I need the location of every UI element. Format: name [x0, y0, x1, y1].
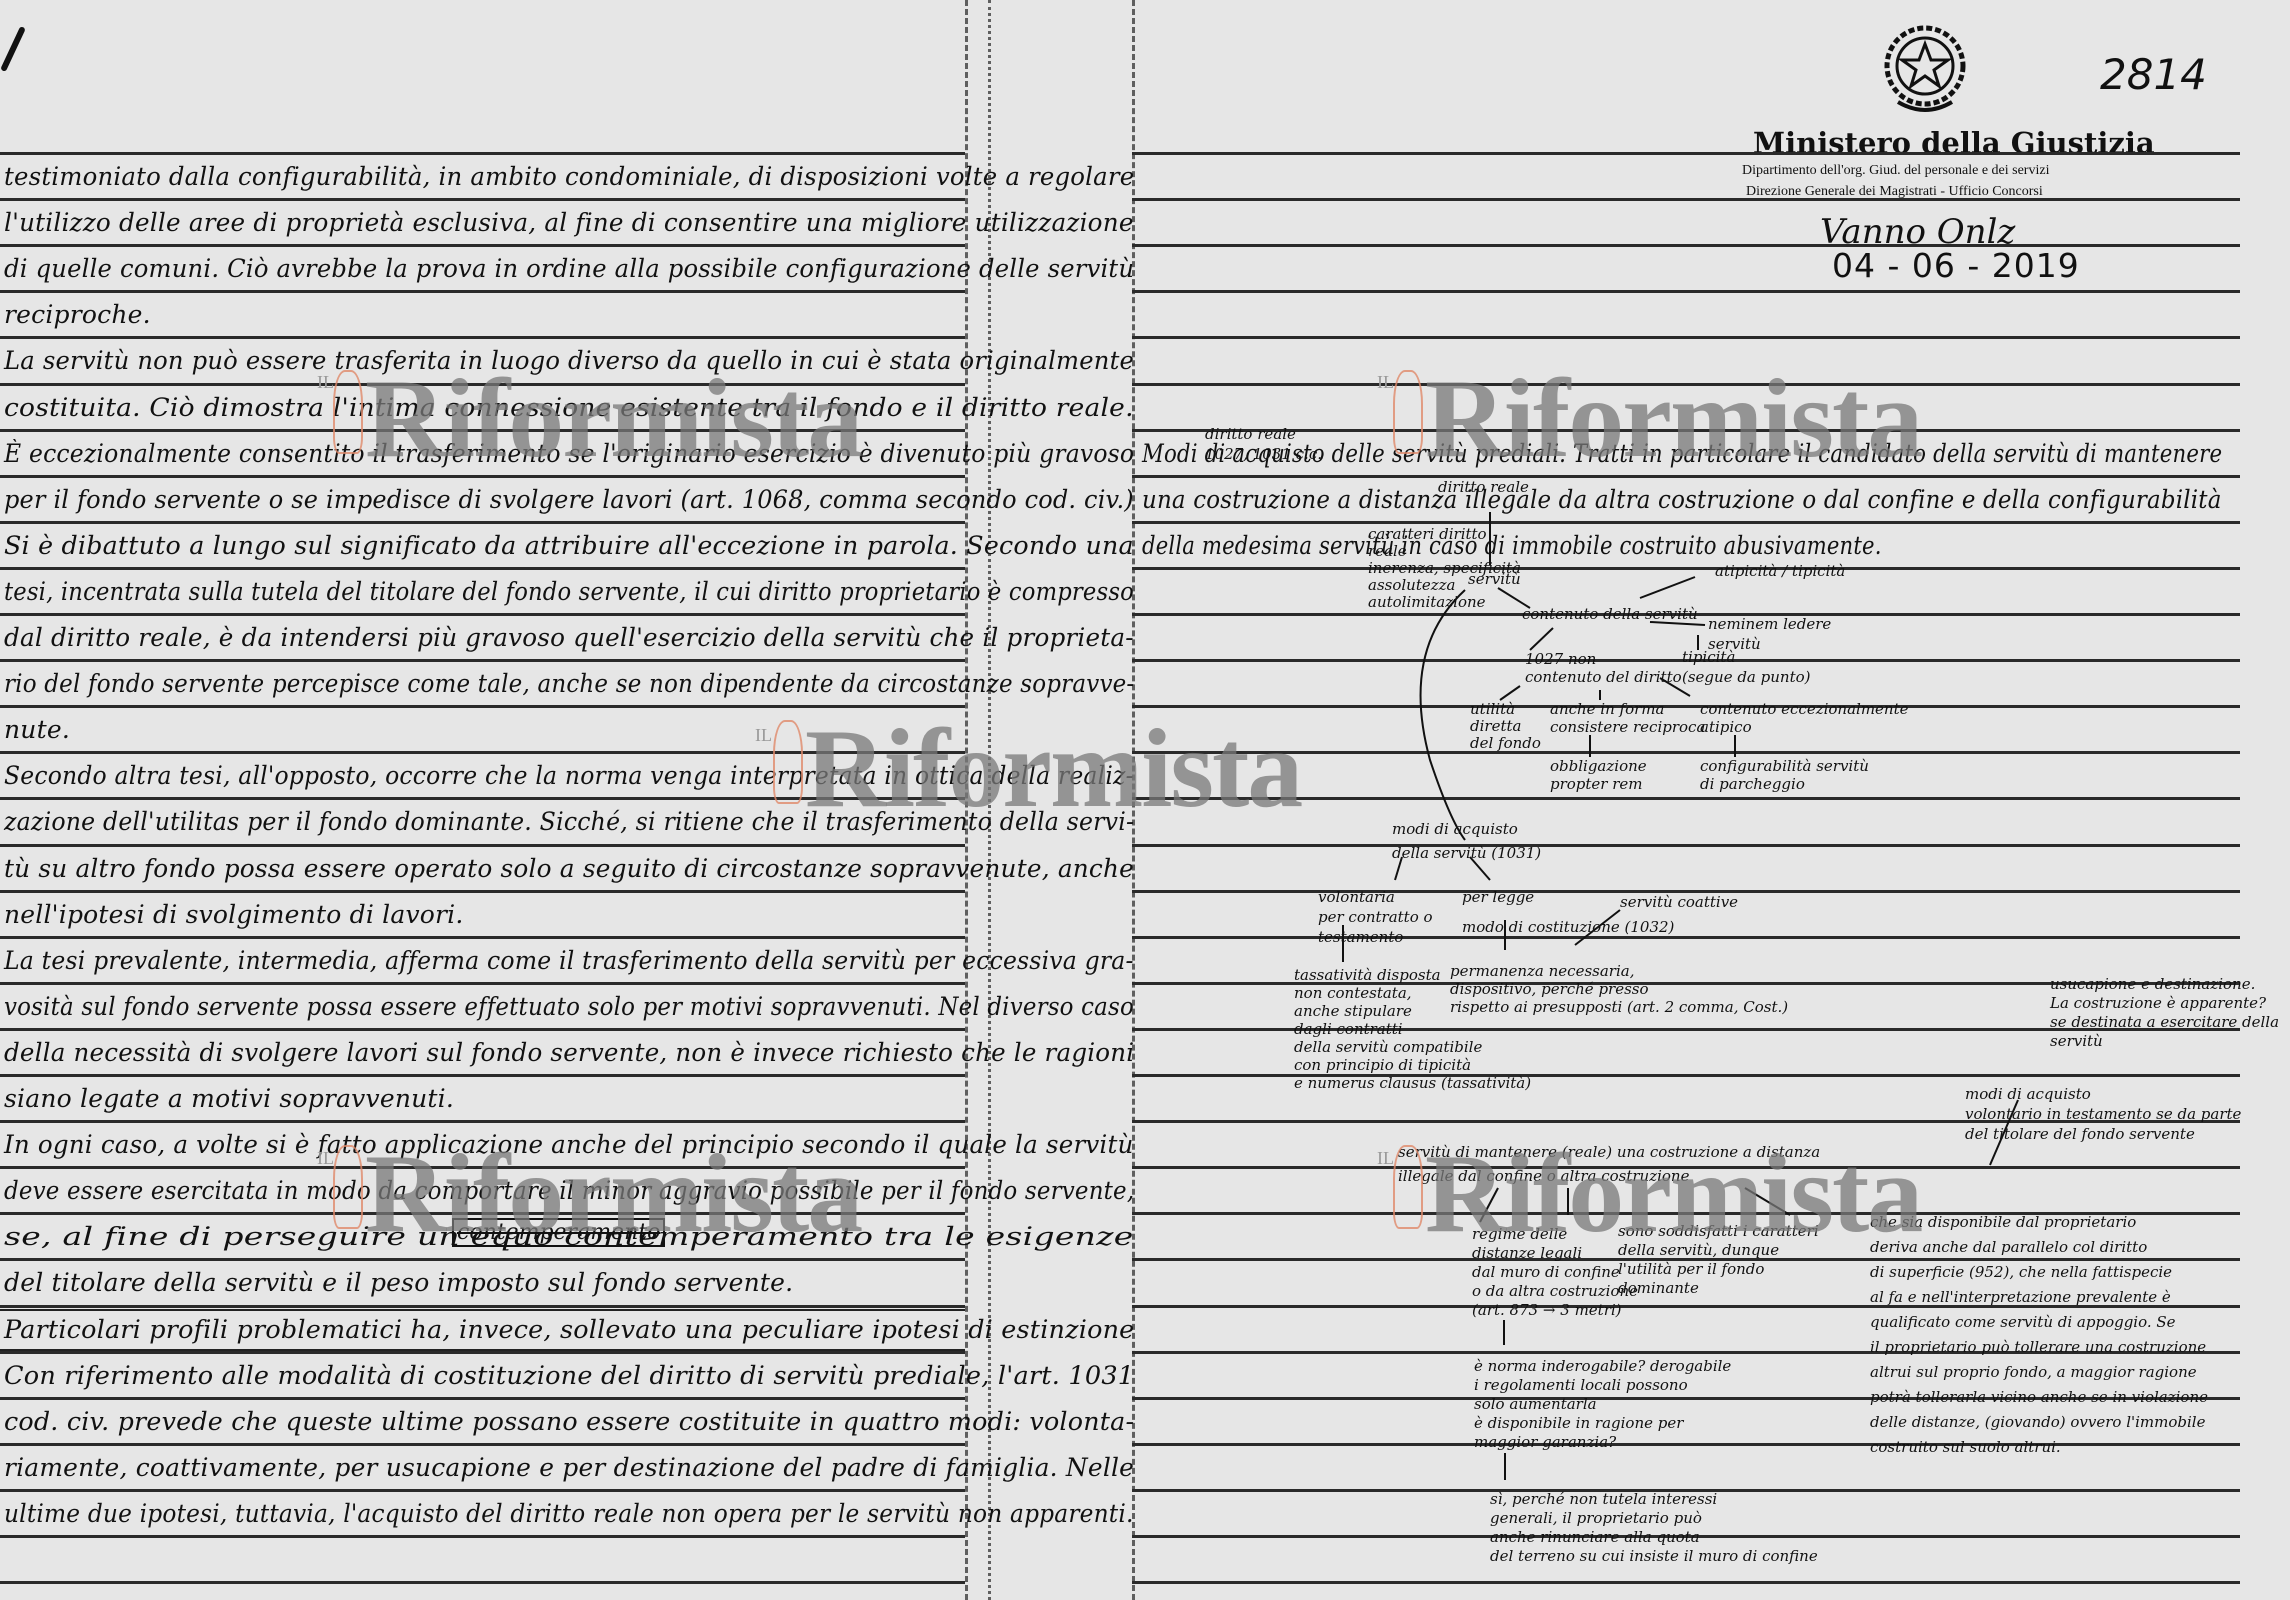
ruled-line	[0, 244, 965, 247]
ruled-line	[1132, 567, 2240, 570]
handwritten-line: l'utilizzo delle aree di proprietà esclu…	[4, 208, 1134, 237]
ruled-line	[0, 890, 965, 893]
stamp-date: 04 - 06 - 2019	[1832, 246, 2080, 285]
mindmap-node: atipico	[1700, 718, 1752, 736]
mindmap-contents-right: neminem ledere	[1708, 615, 1831, 633]
mindmap-node: 1027 non	[1525, 650, 1596, 668]
ruled-line	[1132, 290, 2240, 293]
mindmap-node: (segue da punto)	[1682, 668, 1810, 686]
mindmap-node: con principio di tipicità	[1294, 1056, 1471, 1074]
ruled-line	[1132, 198, 2240, 201]
mindmap-node: i regolamenti locali possono	[1474, 1376, 1688, 1394]
mindmap-right-column: qualificato come servitù di appoggio. Se	[1870, 1313, 2176, 1331]
ruled-line	[1132, 152, 2240, 155]
mindmap-node: maggior garanzia?	[1474, 1433, 1616, 1451]
handwritten-line: riamente, coattivamente, per usucapione …	[4, 1453, 1134, 1482]
ruled-line	[1132, 844, 2240, 847]
italian-republic-emblem-icon	[1880, 22, 1970, 117]
mindmap-node: di parcheggio	[1700, 775, 1805, 793]
mindmap-root-note: 1027, 1031 c.c.	[1205, 445, 1322, 463]
ruled-line	[0, 336, 965, 339]
mindmap-root-note: diritto reale	[1205, 425, 1296, 443]
mindmap-node: propter rem	[1550, 775, 1643, 793]
ruled-line	[0, 844, 965, 847]
mindmap-right-column: altrui sul proprio fondo, a maggior ragi…	[1870, 1363, 2197, 1381]
mindmap-node: anche in forma	[1550, 700, 1664, 718]
mindmap-side-note: del titolare del fondo servente	[1965, 1125, 2195, 1143]
mindmap-right-column: costruito sul suolo altrui.	[1870, 1438, 2061, 1456]
mindmap-branch: atipicità / tipicità	[1715, 562, 1845, 580]
ruled-line	[1132, 936, 2240, 939]
handwritten-line: di quelle comuni. Ciò avrebbe la prova i…	[4, 254, 1134, 283]
handwritten-line: una costruzione a distanza illegale da a…	[1142, 485, 2222, 514]
mindmap-center: servitù	[1468, 570, 1521, 588]
mindmap-node: è disponibile in ragione per	[1474, 1414, 1683, 1432]
handwritten-line: rio del fondo servente percepisce come t…	[4, 669, 1134, 698]
watermark-prefix: IL	[317, 1148, 334, 1169]
watermark-text: Riformista	[1425, 1130, 1921, 1259]
mindmap-right-column: il proprietario può tollerare una costru…	[1870, 1338, 2206, 1356]
ruled-line	[0, 1028, 965, 1031]
mindmap-traits: autolimitazione	[1368, 593, 1486, 611]
mindmap-node: contenuto eccezionalmente	[1700, 700, 1909, 718]
ruled-line	[1132, 336, 2240, 339]
ruled-line	[0, 1120, 965, 1123]
watermark-figure-icon	[1393, 370, 1423, 454]
ruled-line	[0, 521, 965, 524]
mindmap-node: tassatività disposta	[1294, 966, 1441, 984]
mindmap-node: anche stipulare	[1294, 1002, 1412, 1020]
ruled-line	[0, 936, 965, 939]
mindmap-node: contenuto del diritto	[1525, 668, 1682, 686]
watermark-text: Riformista	[805, 705, 1301, 834]
mindmap-side-note: servitù	[2050, 1032, 2103, 1050]
handwritten-line: cod. civ. prevede che queste ultime poss…	[4, 1407, 1134, 1436]
mindmap-node: del fondo	[1470, 734, 1541, 752]
ruled-line	[0, 613, 965, 616]
ruled-line	[1132, 244, 2240, 247]
handwritten-line: ultime due ipotesi, tuttavia, l'acquisto…	[4, 1499, 1134, 1528]
mindmap-node: rispetto ai presupposti (art. 2 comma, C…	[1450, 998, 1788, 1016]
mindmap-side-note: se destinata a esercitare della	[2050, 1013, 2279, 1031]
mindmap-node: dispositivo, perché presso	[1450, 980, 1649, 998]
watermark-prefix: IL	[1377, 372, 1394, 393]
mindmap-node: è norma inderogabile? derogabile	[1474, 1357, 1731, 1375]
highlight-underline	[0, 1309, 965, 1351]
handwritten-line: nell'ipotesi di svolgimento di lavori.	[4, 900, 464, 929]
ruled-line	[0, 567, 965, 570]
watermark-text: Riformista	[365, 1130, 861, 1259]
ruled-line	[0, 1443, 965, 1446]
mindmap-node: non contestata,	[1294, 984, 1412, 1002]
mindmap-node: tipicità	[1682, 648, 1735, 666]
mindmap-node: anche rinunciare alla quota	[1490, 1528, 1700, 1546]
mindmap-node: diretta	[1470, 717, 1521, 735]
mindmap-side-note: modi di acquisto	[1965, 1085, 2091, 1103]
ruled-line	[0, 1489, 965, 1492]
watermark-text: Riformista	[1425, 355, 1921, 484]
mindmap-node: l'utilità per il fondo	[1618, 1260, 1764, 1278]
mindmap-node: o da altra costruzione	[1472, 1282, 1638, 1300]
handwritten-line: tesi, incentrata sulla tutela del titola…	[4, 577, 1134, 606]
mindmap-side-note: volontario in testamento se da parte	[1965, 1105, 2241, 1123]
handwritten-line: tù su altro fondo possa essere operato s…	[4, 854, 1134, 883]
mindmap-node: solo aumentarla	[1474, 1395, 1597, 1413]
mindmap-node: dominante	[1618, 1279, 1699, 1297]
ruled-line	[1132, 1443, 2240, 1446]
ruled-line	[1132, 1581, 2240, 1584]
mindmap-node: utilità	[1470, 700, 1515, 718]
mindmap-node: dagli contratti	[1294, 1020, 1403, 1038]
mindmap-traits: reale	[1368, 542, 1407, 560]
handwritten-line: vosità sul fondo servente possa essere e…	[4, 992, 1134, 1021]
handwritten-line: del titolare della servitù e il peso imp…	[4, 1268, 793, 1297]
watermark-prefix: IL	[317, 372, 334, 393]
watermark-text: Riformista	[365, 355, 861, 484]
mindmap-node: configurabilità servitù	[1700, 757, 1869, 775]
watermark-figure-icon	[1393, 1145, 1423, 1229]
handwritten-line: testimoniato dalla configurabilità, in a…	[4, 162, 1134, 191]
ruled-line	[0, 1581, 965, 1584]
ruled-line	[0, 1535, 965, 1538]
handwritten-line: siano legate a motivi sopravvenuti.	[4, 1084, 454, 1113]
mindmap-node: sì, perché non tutela interessi	[1490, 1490, 1717, 1508]
handwritten-line: per il fondo servente o se impedisce di …	[4, 485, 1134, 514]
handwritten-line: La tesi prevalente, intermedia, afferma …	[4, 946, 1134, 975]
ruled-line	[0, 1397, 965, 1400]
ruled-line	[1132, 521, 2240, 524]
ruled-line	[0, 1074, 965, 1077]
watermark-prefix: IL	[755, 725, 772, 746]
handwritten-line: della necessità di svolgere lavori sul f…	[4, 1038, 1134, 1067]
mindmap-right-column: delle distanze, (giovando) ovvero l'immo…	[1870, 1413, 2205, 1431]
mindmap-traits: caratteri diritto	[1368, 525, 1487, 543]
mindmap-node: e numerus clausus (tassatività)	[1294, 1074, 1531, 1092]
handwritten-line: Con riferimento alle modalità di costitu…	[4, 1361, 1134, 1390]
watermark-figure-icon	[333, 1145, 363, 1229]
handwritten-line: reciproche.	[4, 300, 151, 329]
mindmap-node: volontaria	[1318, 888, 1395, 906]
mindmap-side-note: usucapione e destinazione.	[2050, 975, 2255, 993]
ruled-line	[0, 1305, 965, 1308]
mindmap-acquisition: della servitù (1031)	[1392, 844, 1541, 862]
mindmap-node: testamento	[1318, 928, 1403, 946]
mindmap-node: servitù coattive	[1620, 893, 1738, 911]
handwritten-line: Si è dibattuto a lungo sul significato d…	[4, 531, 1134, 560]
mindmap-right-column: di superficie (952), che nella fattispec…	[1870, 1263, 2172, 1281]
mindmap-node: consistere reciproca	[1550, 718, 1705, 736]
mindmap-node: obbligazione	[1550, 757, 1647, 775]
mindmap-acquisition: modi di acquisto	[1392, 820, 1518, 838]
mindmap-node: per legge	[1462, 888, 1534, 906]
watermark-figure-icon	[333, 370, 363, 454]
mindmap-right-column: al fa e nell'interpretazione prevalente …	[1870, 1288, 2171, 1306]
mindmap-right-column: potrà tollerarla vicino anche se in viol…	[1870, 1388, 2208, 1406]
ruled-line	[0, 982, 965, 985]
handwritten-line: della medesima servitù in caso di immobi…	[1142, 531, 1882, 560]
ruled-line	[0, 198, 965, 201]
watermark-prefix: IL	[1377, 1148, 1394, 1169]
mindmap-node: per contratto o	[1318, 908, 1433, 926]
handwritten-line: dal diritto reale, è da intendersi più g…	[4, 623, 1134, 652]
sheet-number: 2814	[2100, 50, 2207, 99]
department-line: Dipartimento dell'org. Giud. del persona…	[1742, 163, 2049, 179]
mindmap-node: generali, il proprietario può	[1490, 1509, 1702, 1527]
mindmap-traits: assolutezza	[1368, 576, 1455, 594]
watermark-figure-icon	[773, 720, 803, 804]
mindmap-node: modo di costituzione (1032)	[1462, 918, 1674, 936]
ruled-line	[0, 152, 965, 155]
mindmap-node: della servitù compatibile	[1294, 1038, 1482, 1056]
mindmap-contents: contenuto della servitù	[1522, 605, 1698, 623]
ruled-line	[0, 1351, 965, 1354]
handwritten-line: nute.	[4, 715, 70, 744]
mindmap-node: permanenza necessaria,	[1450, 962, 1634, 980]
mindmap-node: dal muro di confine	[1472, 1263, 1620, 1281]
mindmap-node: (art. 873 → 3 metri)	[1472, 1301, 1622, 1319]
ruled-line	[0, 659, 965, 662]
ruled-line	[0, 290, 965, 293]
mindmap-node: del terreno su cui insiste il muro di co…	[1490, 1547, 1818, 1565]
mindmap-side-note: La costruzione è apparente?	[2050, 994, 2266, 1012]
